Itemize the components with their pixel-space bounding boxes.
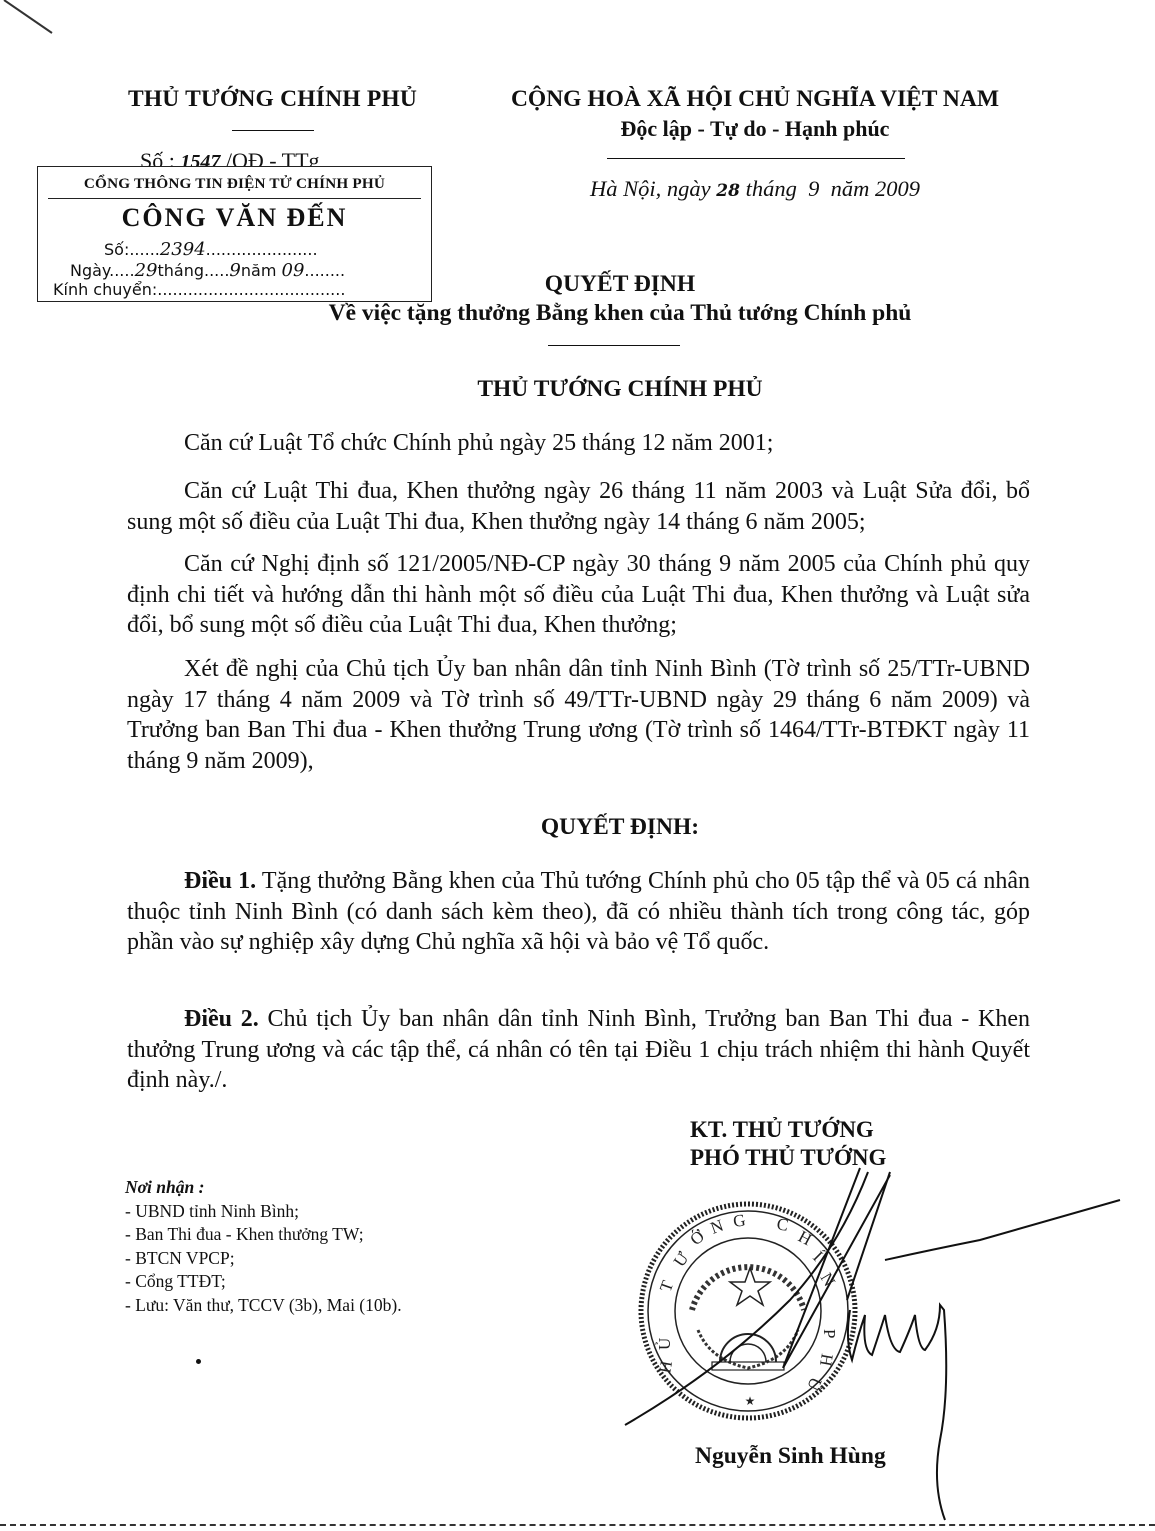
svg-text:H: H [655,1359,676,1374]
stamp-number-row: Số:......2394...................... [104,239,318,260]
svg-text:P: P [820,1329,839,1338]
article-2: Điều 2. Chủ tịch Ủy ban nhân dân tỉnh Ni… [127,1004,1030,1096]
svg-text:H: H [816,1352,837,1367]
recipient-item: - Lưu: Văn thư, TCCV (3b), Mai (10b). [125,1294,402,1318]
legal-basis: Căn cứ Luật Tổ chức Chính phủ ngày 25 th… [127,428,1030,459]
svg-text:★: ★ [745,1394,756,1408]
scan-dot [196,1359,201,1364]
svg-text:C: C [775,1214,789,1235]
org-underline [232,130,314,131]
signer-name: Nguyễn Sinh Hùng [695,1443,886,1470]
article-label: Điều 2. [184,1006,259,1032]
consideration-paragraph: Xét đề nghị của Chủ tịch Ủy ban nhân dân… [127,654,1030,776]
recipient-item: - UBND tỉnh Ninh Bình; [125,1200,402,1224]
decision-title: QUYẾT ĐỊNH [280,271,960,298]
subject-underline [548,345,680,346]
national-motto: Độc lập - Tự do - Hạnh phúc [470,116,1040,142]
article-1: Điều 1. Tặng thưởng Bằng khen của Thủ tư… [127,866,1030,958]
motto-underline [607,158,905,159]
scan-bottom-edge [0,1524,1155,1526]
stamp-divider [48,198,421,199]
recipient-item: - BTCN VPCP; [125,1247,402,1271]
decides-heading: QUYẾT ĐỊNH: [280,814,960,841]
stamp-organization: CỔNG THÔNG TIN ĐIỆN TỬ CHÍNH PHỦ [38,175,431,193]
recipient-item: - Cổng TTĐT; [125,1270,402,1294]
recipient-item: - Ban Thi đua - Khen thưởng TW; [125,1223,402,1247]
svg-text:G: G [732,1210,747,1231]
svg-text:T: T [656,1278,678,1295]
day-handwritten: 28 [716,181,740,201]
stamp-title: CÔNG VĂN ĐẾN [38,203,431,233]
recipients-heading: Nơi nhận : [125,1176,402,1200]
recipients-list: Nơi nhận : - UBND tỉnh Ninh Bình; - Ban … [125,1176,402,1317]
svg-text:N: N [708,1216,726,1238]
legal-basis: Căn cứ Nghị định số 121/2005/NĐ-CP ngày … [127,549,1030,641]
issuing-organization: THỦ TƯỚNG CHÍNH PHỦ [100,86,445,113]
svg-text:Ủ: Ủ [655,1338,674,1350]
decision-subject: Về việc tặng thưởng Bằng khen của Thủ tư… [280,300,960,327]
svg-text:H: H [795,1227,815,1250]
official-seal-icon: H Ủ T Ư Ớ N G C H Í N P H Ủ ★ [641,1204,855,1418]
article-label: Điều 1. [184,868,256,894]
nation-name: CỘNG HOÀ XÃ HỘI CHỦ NGHĨA VIỆT NAM [470,86,1040,113]
scan-mark [0,0,60,40]
stamp-number-handwritten: 2394 [160,239,206,260]
place-date: Hà Nội, ngày 28 tháng 9 năm 2009 [470,176,1040,202]
issuing-authority: THỦ TƯỚNG CHÍNH PHỦ [280,376,960,403]
legal-basis: Căn cứ Luật Thi đua, Khen thưởng ngày 26… [127,476,1030,537]
